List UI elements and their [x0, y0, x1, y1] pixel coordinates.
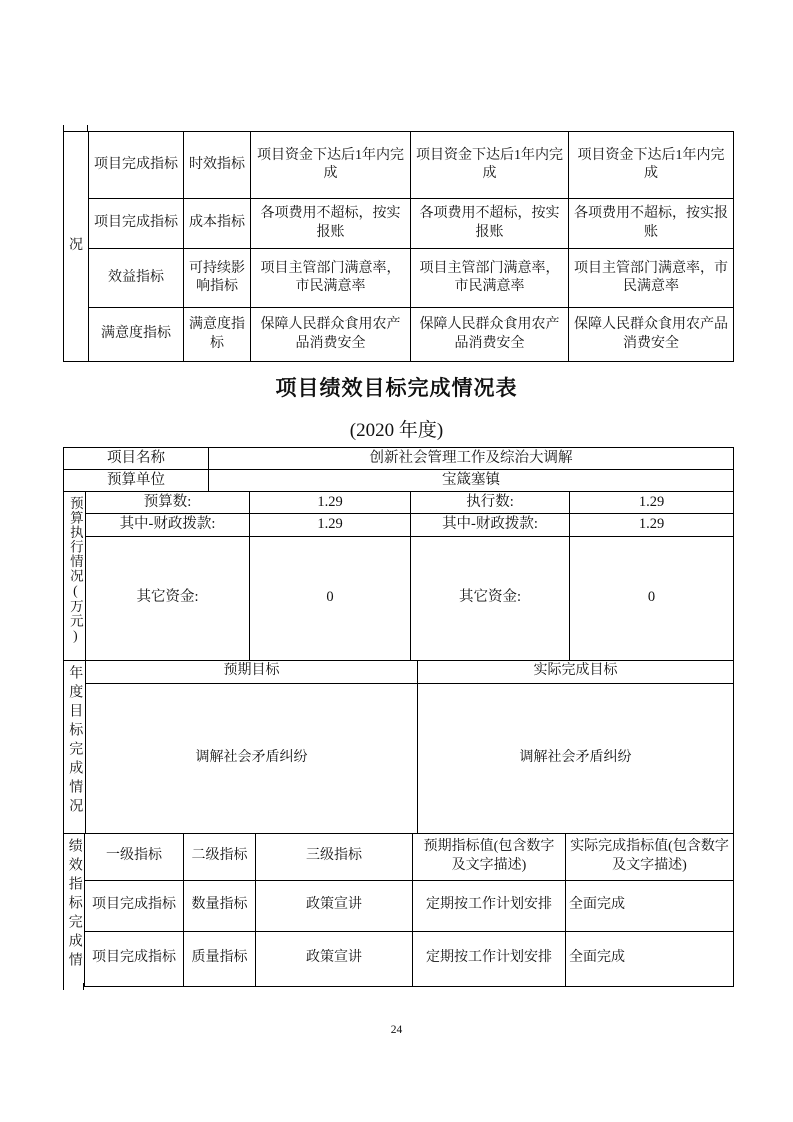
- document-page: 况 项目完成指标 时效指标 项目资金下达后1年内完成 项目资金下达后1年内完成 …: [0, 0, 793, 1122]
- expected-indicator-cell: 定期按工作计划安排: [413, 931, 566, 986]
- actual-goal-header: 实际完成目标: [418, 660, 734, 683]
- indicator-value-cell: 项目主管部门满意率，市民满意率: [569, 249, 734, 308]
- budget-unit-value: 宝箴塞镇: [209, 470, 734, 492]
- expected-goal-header: 预期目标: [86, 660, 418, 683]
- other-funds-value: 0: [570, 536, 734, 660]
- other-funds-value: 0: [250, 536, 411, 660]
- fiscal-allocation-label: 其中-财政拨款:: [411, 514, 570, 536]
- execution-label: 执行数:: [411, 492, 570, 514]
- level2-indicator-cell: 成本指标: [184, 199, 251, 249]
- indicator-level1-cell: 项目完成指标: [85, 880, 184, 931]
- indicators-side-label: 绩效指标完成情: [64, 833, 85, 986]
- budget-execution-side-label: 预算执行情况(万元): [64, 492, 86, 660]
- continued-indicator-table: 况 项目完成指标 时效指标 项目资金下达后1年内完成 项目资金下达后1年内完成 …: [63, 131, 734, 362]
- indicator-level2-cell: 数量指标: [184, 880, 256, 931]
- side-char-cell: 况: [64, 132, 89, 362]
- page-subtitle: (2020 年度): [0, 415, 793, 442]
- indicators-side-text: 绩效指标完成情: [66, 838, 81, 971]
- actual-indicator-cell: 全面完成: [566, 880, 734, 931]
- level1-header: 一级指标: [85, 833, 184, 880]
- indicator-value-cell: 项目主管部门满意率，市民满意率: [411, 249, 569, 308]
- side-column-continuation-tail: [63, 983, 84, 990]
- indicator-value-cell: 保障人民群众食用农产品消费安全: [251, 308, 411, 362]
- indicator-value-cell: 保障人民群众食用农产品消费安全: [569, 308, 734, 362]
- level1-indicator-cell: 效益指标: [89, 249, 184, 308]
- level2-indicator-cell: 满意度指标: [184, 308, 251, 362]
- budget-execution-section: 预算执行情况(万元) 预算数: 1.29 执行数: 1.29 其中-财政拨款: …: [63, 491, 734, 660]
- level2-header: 二级指标: [184, 833, 256, 880]
- budget-unit-label: 预算单位: [64, 470, 209, 492]
- annual-goals-section: 年度目标完成情况 预期目标 实际完成目标 调解社会矛盾纠纷 调解社会矛盾纠纷: [63, 660, 734, 834]
- page-number: 24: [0, 1024, 793, 1036]
- annual-goals-side-text: 年度目标完成情况: [67, 665, 82, 817]
- actual-indicator-cell: 全面完成: [566, 931, 734, 986]
- budget-value: 1.29: [250, 492, 411, 514]
- indicator-value-cell: 项目资金下达后1年内完成: [251, 132, 411, 199]
- annual-goals-side-label: 年度目标完成情况: [64, 660, 86, 833]
- indicator-level3-cell: 政策宣讲: [256, 880, 413, 931]
- execution-value: 1.29: [570, 492, 734, 514]
- level2-indicator-cell: 可持续影响指标: [184, 249, 251, 308]
- indicator-level2-cell: 质量指标: [184, 931, 256, 986]
- performance-indicators-section: 绩效指标完成情 一级指标 二级指标 三级指标 预期指标值(包含数字及文字描述) …: [63, 833, 734, 987]
- indicator-value-cell: 各项费用不超标，按实报账: [411, 199, 569, 249]
- performance-table: 项目名称 创新社会管理工作及综治大调解 预算单位 宝箴塞镇 预算执行情况(万元)…: [63, 447, 734, 987]
- budget-label: 预算数:: [86, 492, 250, 514]
- indicator-value-cell: 项目资金下达后1年内完成: [411, 132, 569, 199]
- level2-indicator-cell: 时效指标: [184, 132, 251, 199]
- indicator-value-cell: 保障人民群众食用农产品消费安全: [411, 308, 569, 362]
- indicator-value-cell: 各项费用不超标，按实报账: [251, 199, 411, 249]
- side-column-continuation: [63, 125, 88, 131]
- other-funds-label: 其它资金:: [86, 536, 250, 660]
- project-name-value: 创新社会管理工作及综治大调解: [209, 448, 734, 470]
- project-info-section: 项目名称 创新社会管理工作及综治大调解 预算单位 宝箴塞镇: [63, 447, 734, 492]
- other-funds-label: 其它资金:: [411, 536, 570, 660]
- level3-header: 三级指标: [256, 833, 413, 880]
- actual-indicator-header: 实际完成指标值(包含数字及文字描述): [566, 833, 734, 880]
- page-title: 项目绩效目标完成情况表: [0, 372, 793, 402]
- indicator-level3-cell: 政策宣讲: [256, 931, 413, 986]
- indicator-value-cell: 项目资金下达后1年内完成: [569, 132, 734, 199]
- fiscal-allocation-value: 1.29: [250, 514, 411, 536]
- project-name-label: 项目名称: [64, 448, 209, 470]
- expected-indicator-cell: 定期按工作计划安排: [413, 880, 566, 931]
- expected-indicator-header: 预期指标值(包含数字及文字描述): [413, 833, 566, 880]
- level1-indicator-cell: 项目完成指标: [89, 132, 184, 199]
- budget-execution-side-text: 预算执行情况(万元): [67, 496, 82, 644]
- expected-goal-value: 调解社会矛盾纠纷: [86, 683, 418, 833]
- continued-indicator-table-grid: 况 项目完成指标 时效指标 项目资金下达后1年内完成 项目资金下达后1年内完成 …: [63, 131, 734, 362]
- fiscal-allocation-value: 1.29: [570, 514, 734, 536]
- level1-indicator-cell: 项目完成指标: [89, 199, 184, 249]
- indicator-value-cell: 项目主管部门满意率，市民满意率: [251, 249, 411, 308]
- indicator-value-cell: 各项费用不超标，按实报账: [569, 199, 734, 249]
- level1-indicator-cell: 满意度指标: [89, 308, 184, 362]
- indicator-level1-cell: 项目完成指标: [85, 931, 184, 986]
- fiscal-allocation-label: 其中-财政拨款:: [86, 514, 250, 536]
- actual-goal-value: 调解社会矛盾纠纷: [418, 683, 734, 833]
